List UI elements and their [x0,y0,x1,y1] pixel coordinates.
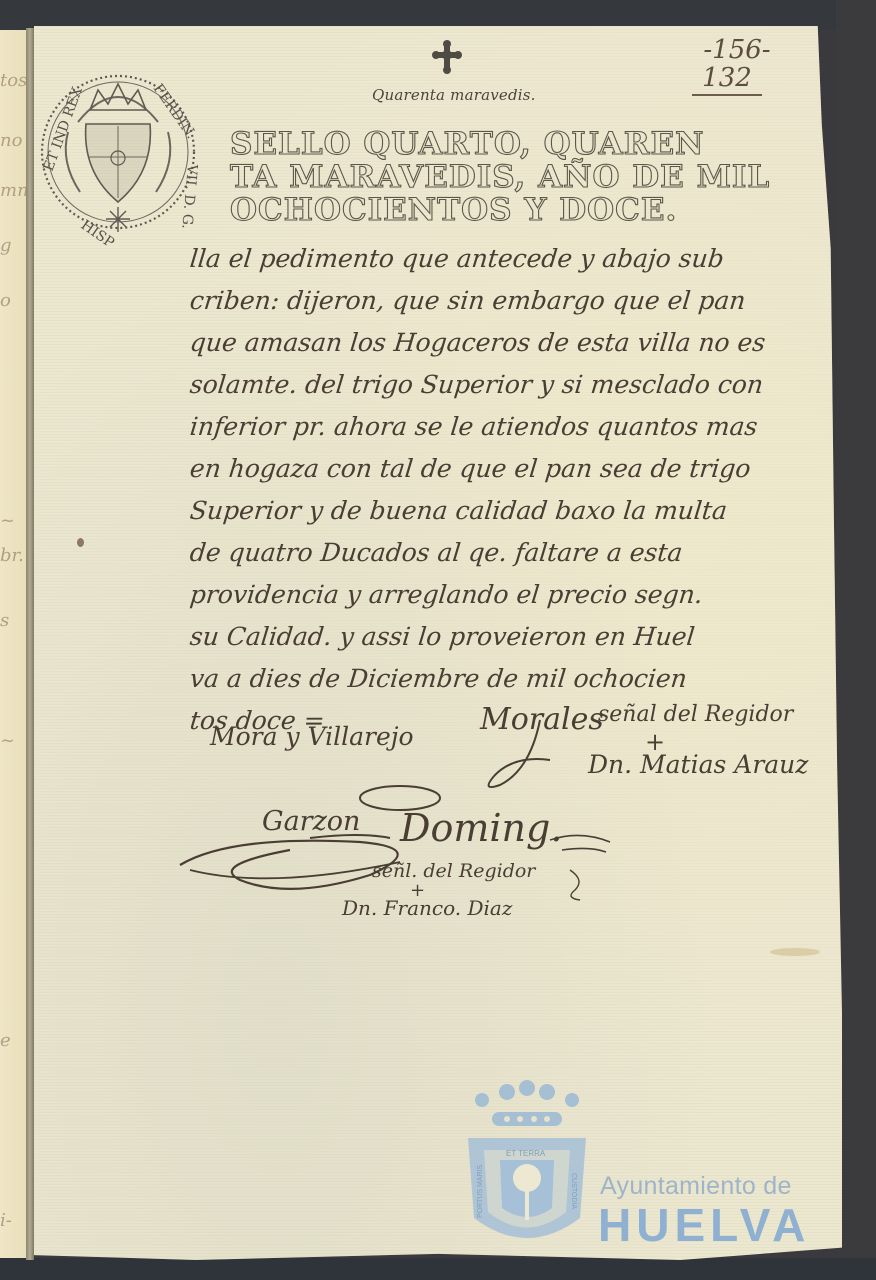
ghost-text: o [0,290,11,311]
huelva-coat-of-arms-icon: ET TERRA PORTUS MARIS CUSTODIA [462,1078,592,1256]
signature-matias-arauz: Dn. Matias Arauz [588,750,808,779]
svg-text:FERDIN.: FERDIN. [150,81,198,142]
svg-text:ET IND REX: ET IND REX [41,85,86,173]
ink-spot [77,538,84,547]
stain [770,948,820,956]
signature-mora-villarejo: Mora y Villarejo [210,722,414,751]
cross-fleury-icon [432,40,462,74]
body-line: de quatro Ducados al qe. faltare a esta [188,532,842,574]
body-line: que amasan los Hogaceros de esta villa n… [188,322,842,364]
handwritten-body: lla el pedimento que antecede y abajo su… [190,238,840,742]
ghost-text: tos [0,70,26,91]
body-line: lla el pedimento que antecede y abajo su… [188,238,842,280]
ghost-text: ~ [0,510,15,531]
svg-text:CUSTODIA: CUSTODIA [570,1173,577,1209]
ghost-text: mm [0,180,26,201]
scanner-backdrop-right [836,0,876,1280]
stamp-heading-line: OCHOCIENTOS Y DOCE. [230,194,770,227]
stamp-heading-line: TA MARAVEDIS, AÑO DE MIL [230,161,770,194]
body-line: solamte. del trigo Superior y si mesclad… [188,364,842,406]
body-line: Superior y de buena calidad baxo la mult… [188,490,842,532]
royal-seal-stamp: ET IND REX FERDIN. VII. D. G. HISP [38,52,198,252]
ghost-text: i- [0,1210,12,1231]
binding-spine [26,28,34,1260]
svg-text:HISP: HISP [78,217,117,251]
svg-text:VII. D. G.: VII. D. G. [178,163,198,230]
adjacent-page-edge: tos no mm g o ~ br. s ~ e i- [0,30,26,1258]
body-line: en hogaza con tal de que el pan sea de t… [188,448,842,490]
folio-number: -156- 132 [682,36,792,96]
stamp-heading-line: SELLO QUARTO, QUAREN [230,128,770,161]
signature-garzon: Garzon [262,806,360,837]
regidor-mark-label-1: señal del Regidor [598,702,793,727]
ghost-text: br. [0,545,24,566]
signature-franco-diaz: Dn. Franco. Diaz [342,896,512,920]
svg-text:PORTUS MARIS: PORTUS MARIS [477,1165,484,1218]
stamp-value-label: Quarenta maravedis. [372,86,536,104]
body-line: criben: dijeron, que sin embargo que el … [188,280,842,322]
folio-line-1: -156- [703,35,770,65]
ghost-text: g [0,235,12,256]
ghost-text: no [0,130,22,151]
body-line: providencia y arreglando el precio segn. [188,574,842,616]
stamp-heading: SELLO QUARTO, QUAREN TA MARAVEDIS, AÑO D… [230,128,770,227]
body-line: inferior pr. ahora se le atiendos quanto… [188,406,842,448]
watermark-huelva-label: HUELVA [598,1198,810,1252]
signature-domingo: Doming. [400,806,562,850]
svg-text:ET TERRA: ET TERRA [506,1149,546,1158]
scanner-backdrop-top [0,0,876,30]
regidor-mark-label-2: señl. del Regidor [372,860,535,882]
body-line: va a dies de Diciembre de mil ochocien [188,658,842,700]
ghost-text: e [0,1030,11,1051]
watermark-ayuntamiento-label: Ayuntamiento de [600,1172,792,1201]
ghost-text: s [0,610,9,631]
body-line: su Calidad. y assi lo proveieron en Huel [188,616,842,658]
folio-line-2: 132 [692,64,762,96]
scanner-backdrop-bottom [0,1258,876,1280]
ghost-text: ~ [0,730,15,751]
signature-morales: Morales [480,702,604,737]
